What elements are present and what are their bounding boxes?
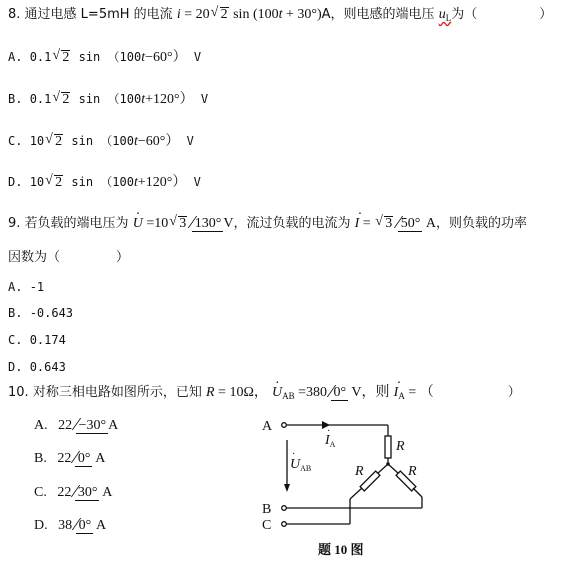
three-phase-circuit-diagram: A B C IA · UAB · R R R 题 10 图: [0, 0, 570, 566]
terminal-c-label: C: [262, 518, 271, 533]
resistor-b-label: R: [354, 464, 364, 479]
terminal-a-node: [282, 423, 287, 428]
terminal-a-label: A: [262, 419, 273, 434]
svg-text:·: ·: [292, 449, 295, 460]
resistor-c-label: R: [407, 464, 417, 479]
terminal-c-node: [282, 522, 287, 527]
terminal-b-label: B: [262, 502, 271, 517]
terminal-b-node: [282, 506, 287, 511]
resistor-a: [385, 436, 391, 458]
voltage-arrow-icon: [284, 484, 290, 492]
figure-caption: 题 10 图: [318, 542, 364, 557]
svg-text:·: ·: [327, 426, 330, 437]
resistor-a-label: R: [395, 439, 405, 454]
